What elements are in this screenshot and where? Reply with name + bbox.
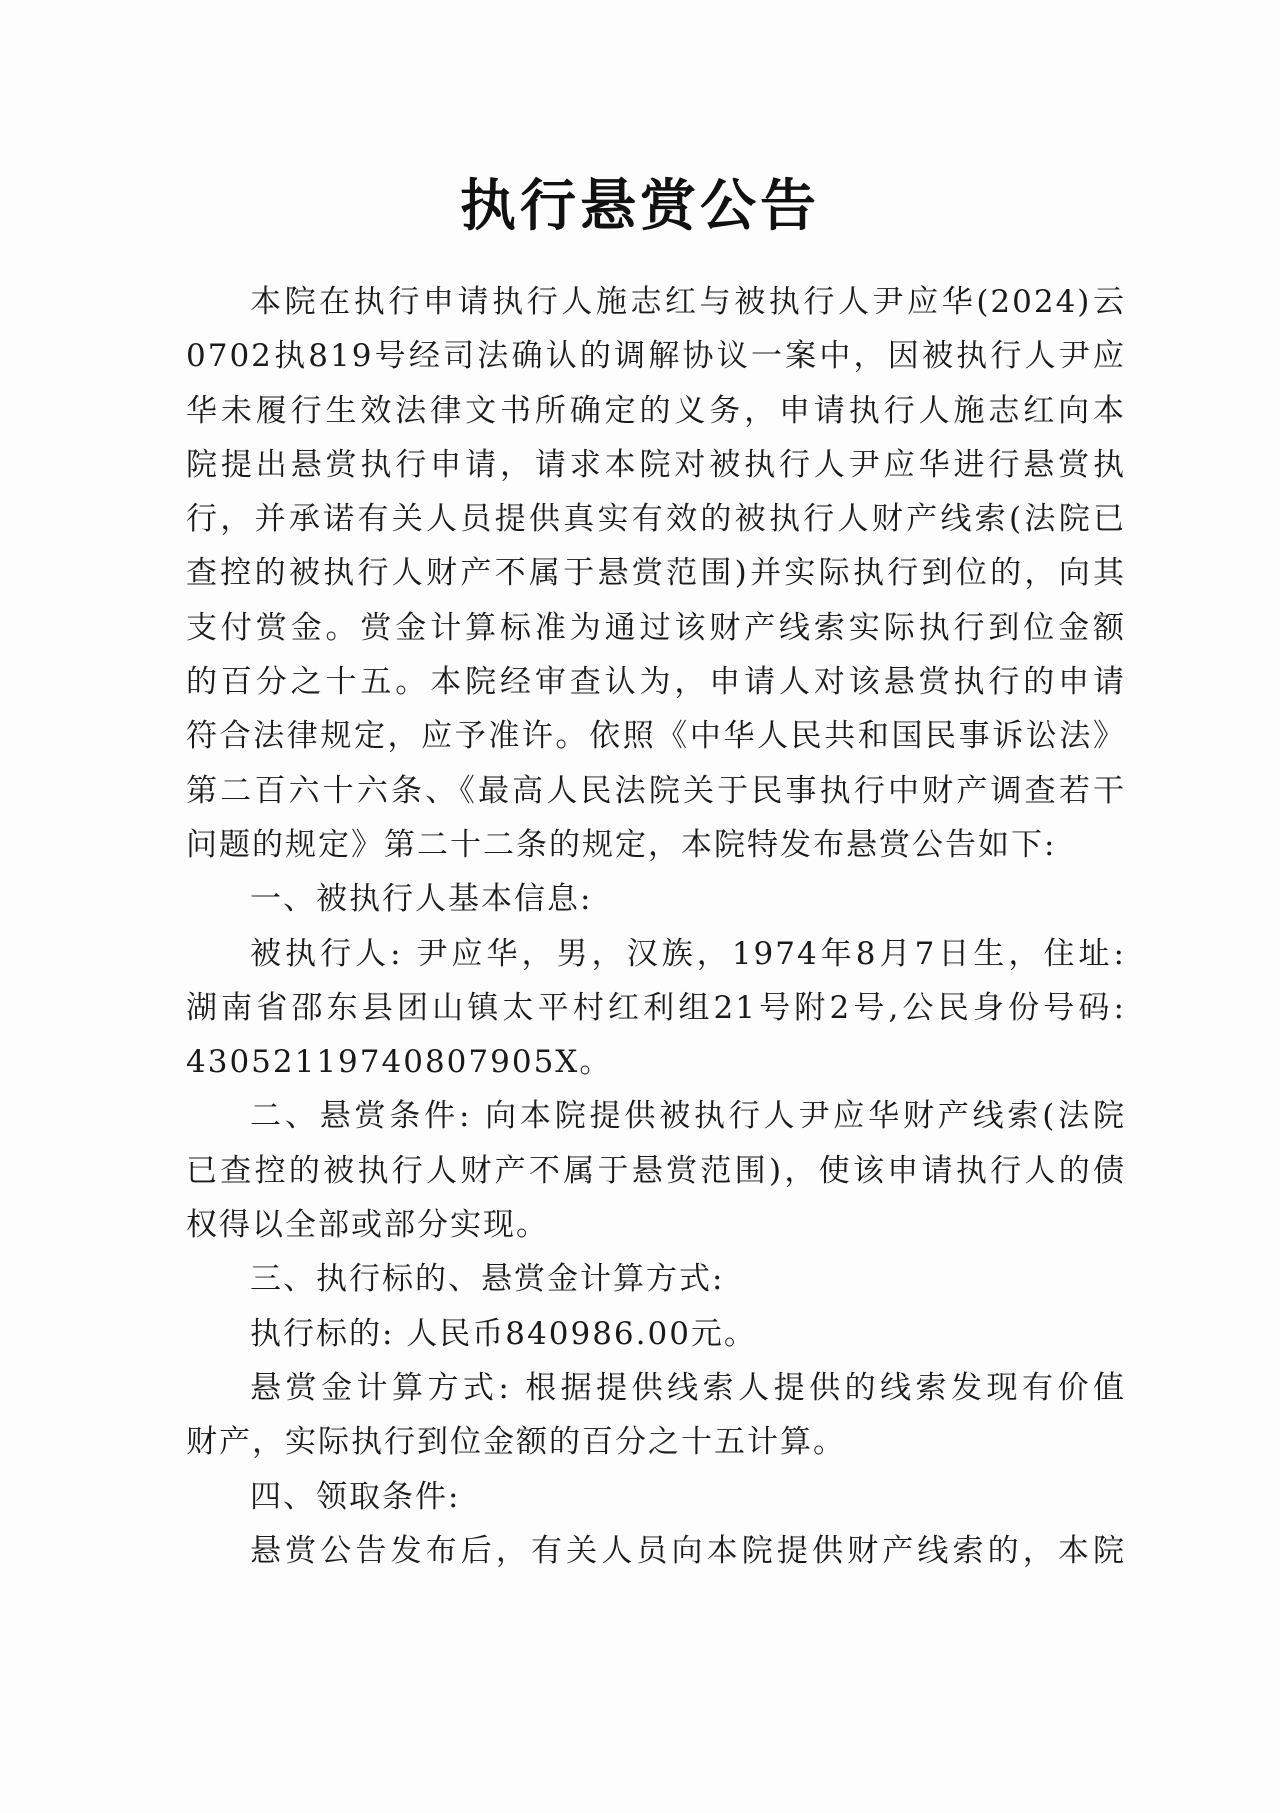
paragraph-line: 悬赏公告发布后，有关人员向本院提供财产线索的，本院 (186, 1524, 1126, 1578)
paragraph-line: 符合法律规定，应予准许。依照《中华人民共和国民事诉讼法》 (186, 709, 1126, 763)
paragraph-line: 43052119740807905X。 (186, 1035, 1126, 1089)
paragraph-line: 四、领取条件: (186, 1470, 1126, 1524)
paragraph-line: 已查控的被执行人财产不属于悬赏范围)，使该申请执行人的债 (186, 1144, 1126, 1198)
paragraph-line: 湖南省邵东县团山镇太平村红利组21号附2号,公民身份号码: (186, 981, 1126, 1035)
paragraph-line: 二、悬赏条件: 向本院提供被执行人尹应华财产线索(法院 (186, 1089, 1126, 1143)
paragraph-line: 问题的规定》第二十二条的规定，本院特发布悬赏公告如下: (186, 818, 1126, 872)
paragraph-line: 被执行人: 尹应华，男，汉族，1974年8月7日生，住址: (186, 927, 1126, 981)
document-body: 本院在执行申请执行人施志红与被执行人尹应华(2024)云0702执819号经司法… (186, 275, 1126, 1578)
paragraph-line: 院提出悬赏执行申请，请求本院对被执行人尹应华进行悬赏执 (186, 438, 1126, 492)
paragraph-line: 三、执行标的、悬赏金计算方式: (186, 1252, 1126, 1306)
paragraph-line: 财产，实际执行到位金额的百分之十五计算。 (186, 1415, 1126, 1469)
paragraph-line: 第二百六十六条、《最高人民法院关于民事执行中财产调查若干 (186, 764, 1126, 818)
paragraph-line: 0702执819号经司法确认的调解协议一案中，因被执行人尹应 (186, 329, 1126, 383)
paragraph-line: 权得以全部或部分实现。 (186, 1198, 1126, 1252)
document-title: 执行悬赏公告 (0, 172, 1280, 242)
paragraph-line: 一、被执行人基本信息: (186, 872, 1126, 926)
paragraph-line: 行，并承诺有关人员提供真实有效的被执行人财产线索(法院已 (186, 492, 1126, 546)
paragraph-line: 支付赏金。赏金计算标准为通过该财产线索实际执行到位金额 (186, 601, 1126, 655)
document-page: 执行悬赏公告 本院在执行申请执行人施志红与被执行人尹应华(2024)云0702执… (0, 0, 1280, 1813)
paragraph-line: 本院在执行申请执行人施志红与被执行人尹应华(2024)云 (186, 275, 1126, 329)
paragraph-line: 查控的被执行人财产不属于悬赏范围)并实际执行到位的，向其 (186, 546, 1126, 600)
paragraph-line: 华未履行生效法律文书所确定的义务，申请执行人施志红向本 (186, 384, 1126, 438)
paragraph-line: 悬赏金计算方式: 根据提供线索人提供的线索发现有价值 (186, 1361, 1126, 1415)
paragraph-line: 的百分之十五。本院经审查认为，申请人对该悬赏执行的申请 (186, 655, 1126, 709)
paragraph-line: 执行标的: 人民币840986.00元。 (186, 1307, 1126, 1361)
